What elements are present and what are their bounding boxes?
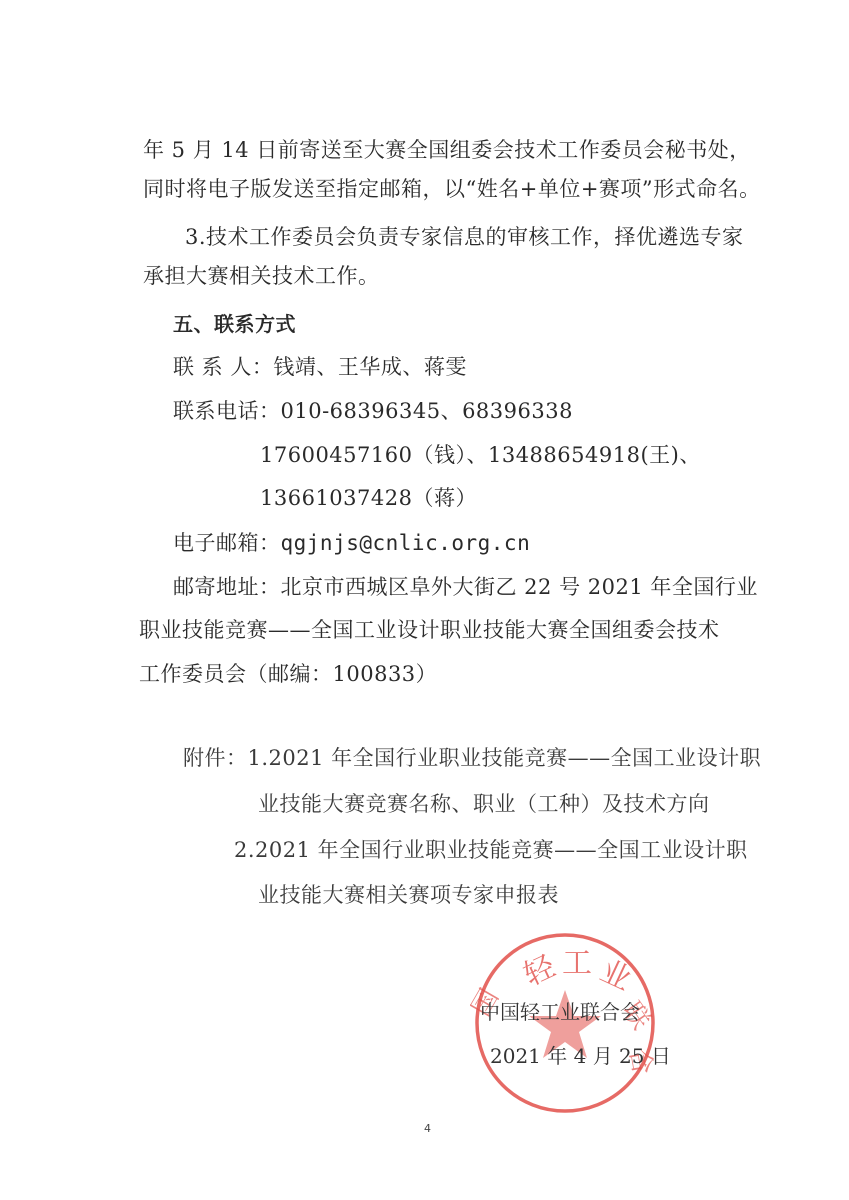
svg-text:轻: 轻 (519, 948, 562, 993)
attachment-item-2-line2: 业技能大赛相关赛项专家申报表 (258, 881, 559, 909)
page-number: 4 (424, 1122, 431, 1135)
attachment-item-2: 2.2021 年全国行业职业技能竞赛——全国工业设计职 (234, 836, 748, 864)
contact-person-value: 钱靖、王华成、蒋雯 (273, 355, 467, 379)
contact-email-value: qgjnjs@cnlic.org.cn (281, 531, 531, 555)
contact-email: 电子邮箱：qgjnjs@cnlic.org.cn (173, 529, 530, 557)
contact-phone-line2: 17600457160（钱）、13488654918(王)、 (260, 441, 701, 469)
svg-text:业: 业 (595, 954, 637, 998)
contact-phone-value: 010-68396345、68396338 (281, 399, 573, 423)
signature-org: 中国轻工业联合会 (480, 998, 640, 1026)
attachment-item-1-line2: 业技能大赛竞赛名称、职业（工种）及技术方向 (258, 790, 710, 818)
paragraph-line: 年 5 月 14 日前寄送至大赛全国组委会技术工作委员会秘书处， (143, 136, 751, 164)
attachment-label: 附件： (183, 746, 248, 770)
paragraph-line: 同时将电子版发送至指定邮箱，以“姓名+单位+赛项”形式命名。 (143, 175, 761, 203)
contact-person: 联 系 人：钱靖、王华成、蒋雯 (173, 353, 467, 381)
attachment-item-1: 附件：1.2021 年全国行业职业技能竞赛——全国工业设计职 (183, 744, 761, 772)
contact-phone: 联系电话：010-68396345、68396338 (173, 397, 573, 425)
section-heading: 五、联系方式 (173, 310, 296, 338)
attachment-item-1-text: 1.2021 年全国行业职业技能竞赛——全国工业设计职 (248, 746, 762, 770)
contact-person-label: 联 系 人： (173, 355, 273, 379)
svg-text:工: 工 (562, 946, 592, 981)
contact-address-line2: 职业技能竞赛——全国工业设计职业技能大赛全国组委会技术 (139, 616, 720, 644)
contact-address-line3: 工作委员会（邮编：100833） (139, 660, 437, 688)
contact-phone-label: 联系电话： (173, 399, 281, 423)
paragraph-line: 3.技术工作委员会负责专家信息的审核工作，择优遴选专家 (185, 223, 744, 251)
signature-date: 2021 年 4 月 25 日 (490, 1042, 671, 1070)
contact-email-label: 电子邮箱： (173, 531, 281, 555)
contact-phone-line3: 13661037428（蒋） (260, 484, 477, 512)
contact-address: 邮寄地址：北京市西城区阜外大街乙 22 号 2021 年全国行业 (173, 573, 758, 601)
paragraph-line: 承担大赛相关技术工作。 (143, 262, 380, 290)
